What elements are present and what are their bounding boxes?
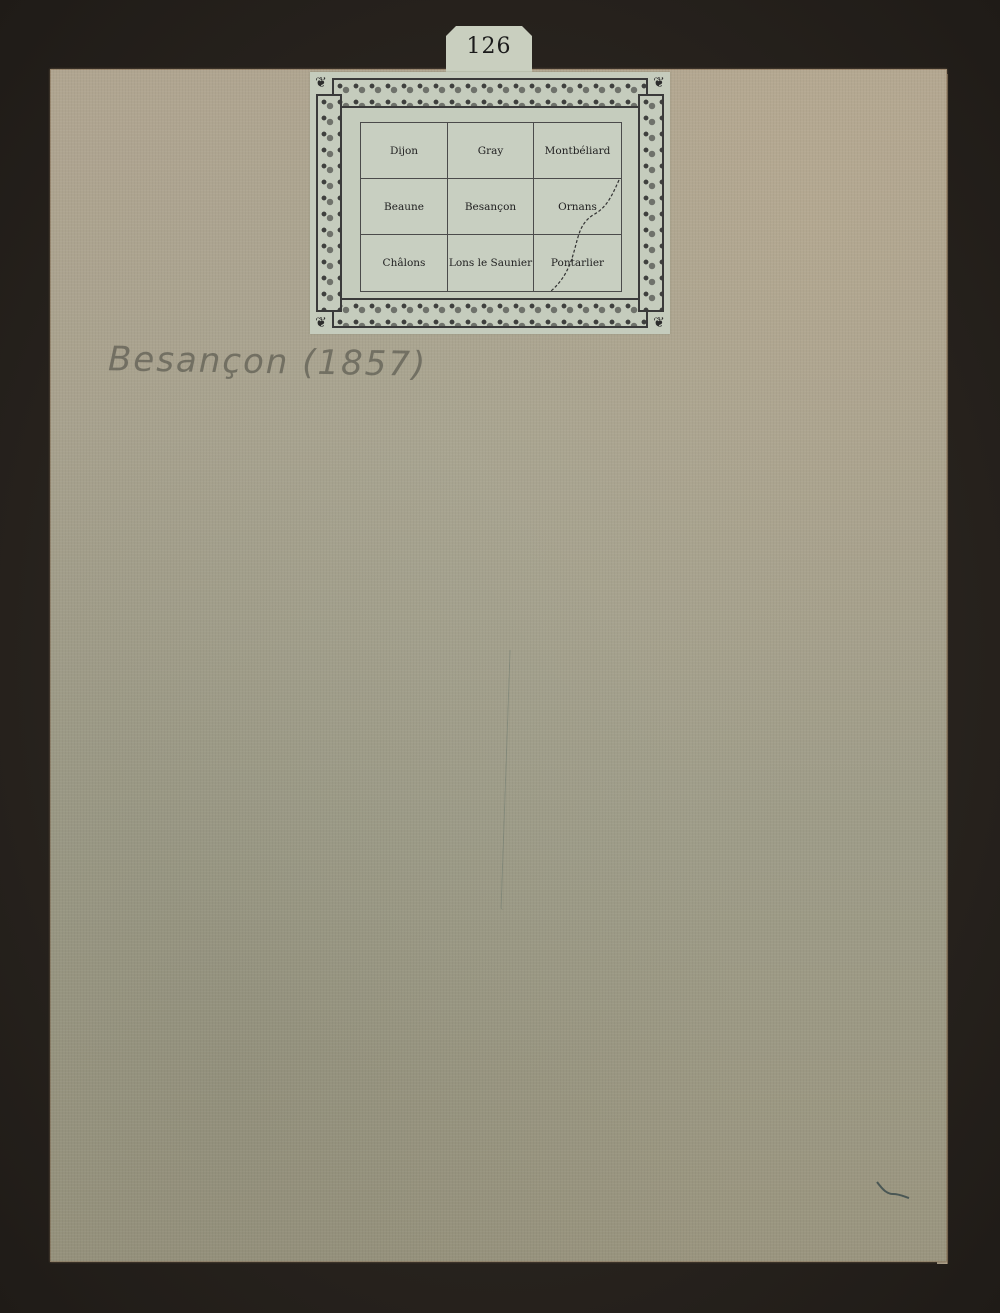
index-label: ❦ ❦ ❦ ❦ Dijon Gray Montbéliard Beaune Be…	[310, 72, 670, 334]
ornament-band-left	[316, 94, 342, 312]
ornament-band-top	[332, 78, 648, 108]
fleuron-icon: ❦	[652, 76, 666, 90]
fleuron-icon: ❦	[652, 316, 666, 330]
grid-cell-pontarlier: Pontarlier	[534, 235, 621, 291]
sheet-index-grid: Dijon Gray Montbéliard Beaune Besançon O…	[360, 122, 622, 292]
grid-cell-ornans: Ornans	[534, 179, 621, 235]
pencil-mark	[875, 1180, 911, 1200]
grid-cell-beaune: Beaune	[361, 179, 448, 235]
grid-cell-gray: Gray	[448, 123, 534, 179]
grid-cell-chalons: Châlons	[361, 235, 448, 291]
grid-cell-dijon: Dijon	[361, 123, 448, 179]
fleuron-icon: ❦	[314, 76, 328, 90]
ornament-band-bottom	[332, 298, 648, 328]
grid-cell-besancon: Besançon	[448, 179, 534, 235]
fleuron-icon: ❦	[314, 316, 328, 330]
grid-cell-montbeliard: Montbéliard	[534, 123, 621, 179]
grid-cell-lons-le-saunier: Lons le Saunier	[448, 235, 534, 291]
ornament-band-right	[638, 94, 664, 312]
tab-number: 126	[467, 34, 512, 59]
index-tab[interactable]: 126	[446, 26, 532, 76]
handwritten-title: Besançon (1857)	[108, 339, 428, 385]
